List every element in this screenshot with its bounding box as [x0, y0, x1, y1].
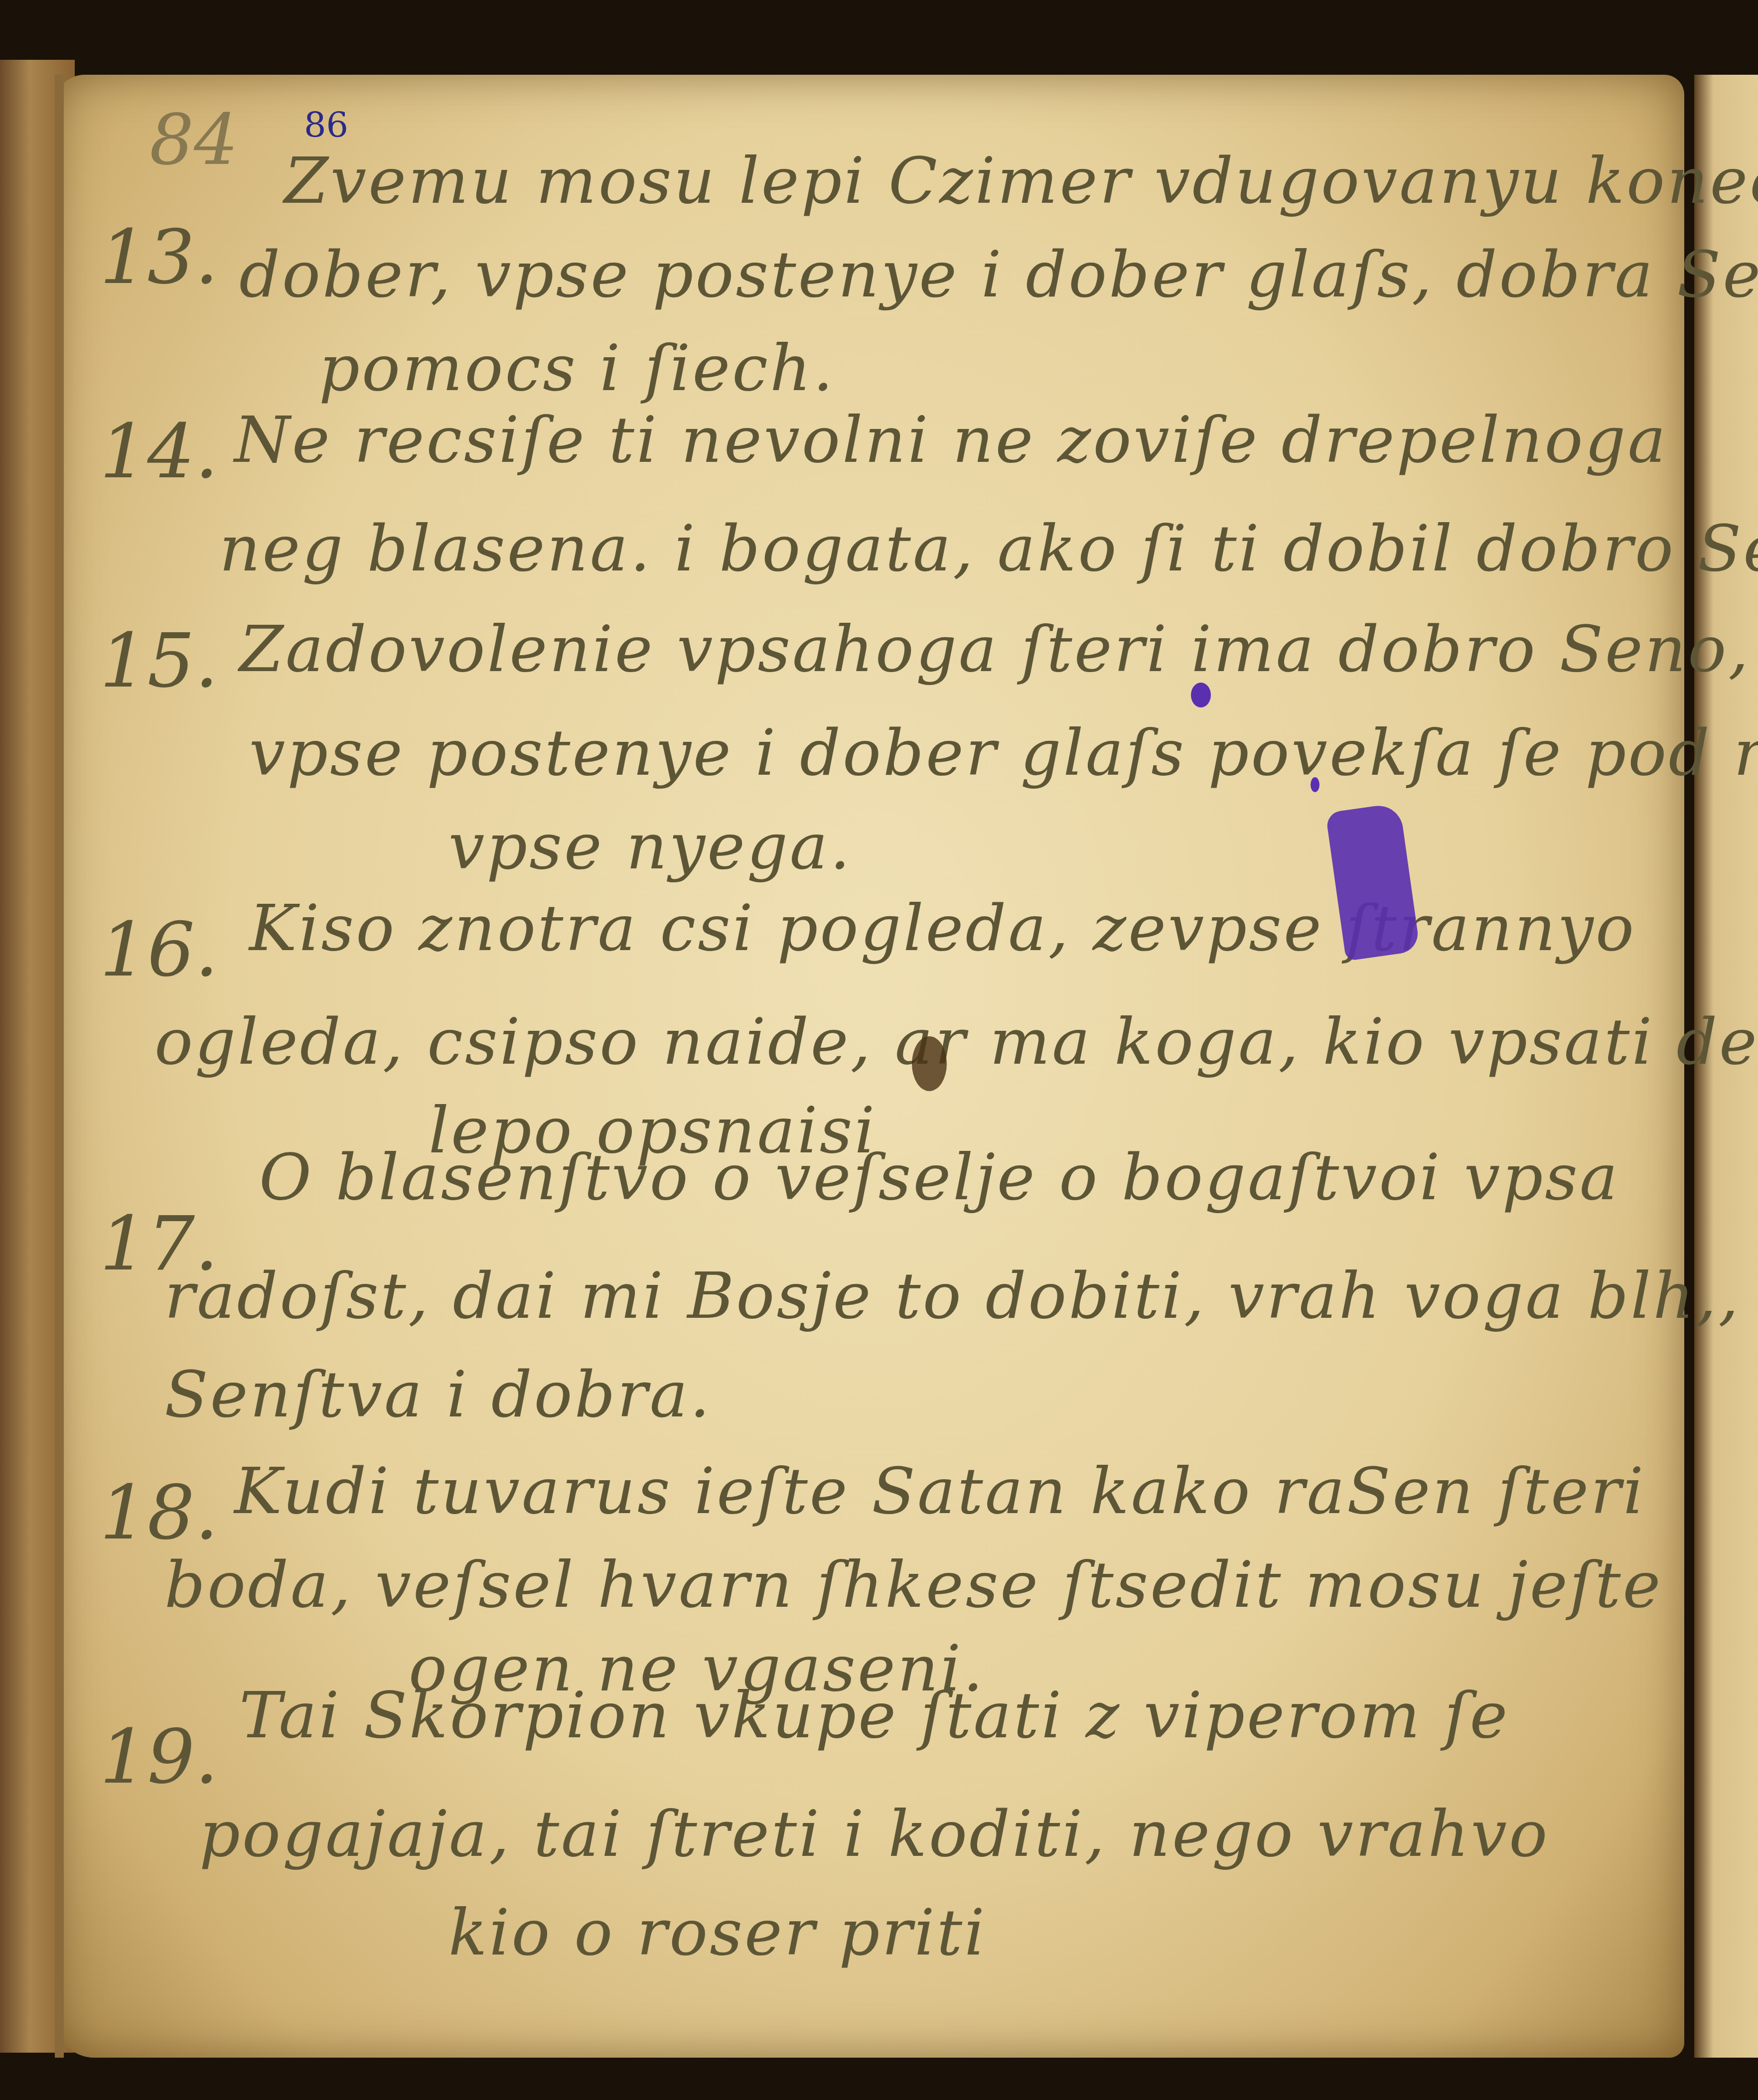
entry-line: Tai Skorpion vkupe ſtati z viperom ſe [110, 1684, 1555, 1748]
page-edge [55, 75, 64, 2058]
entry-line: Zadovolenie vpsahoga ſteri ima dobro Sen… [110, 618, 1555, 682]
entry-line: Senſtva i dobra. [110, 1363, 1555, 1427]
entry-19: 19. Tai Skorpion vkupe ſtati z viperom ſ… [110, 1684, 1555, 1965]
entry-number: 17. [100, 1201, 219, 1287]
entry-number: 13. [100, 214, 219, 301]
entry-line: O blasenſtvo o veſselje o bogaſtvoi vpsa [110, 1146, 1555, 1210]
stamped-folio-number: 86 [304, 105, 348, 145]
entry-number: 15. [100, 618, 219, 704]
entry-number: 19. [100, 1714, 219, 1801]
entry-13: 13. Zvemu mosu lepi Czimer vdugovanyu ko… [110, 149, 1555, 401]
entry-line: radoſst, dai mi Bosje to dobiti, vrah vo… [110, 1264, 1555, 1328]
entry-line: boda, veſsel hvarn ſhkese ſtsedit mosu j… [110, 1553, 1555, 1617]
entry-line: Ne recsiſe ti nevolni ne zoviſe drepelno… [110, 409, 1555, 472]
entry-line: kio o roser priti [110, 1901, 1555, 1965]
entry-14: 14. Ne recsiſe ti nevolni ne zoviſe drep… [110, 409, 1555, 581]
entry-number: 18. [100, 1470, 219, 1556]
entry-17: 17. O blasenſtvo o veſselje o bogaſtvoi … [110, 1146, 1555, 1427]
entry-number: 14. [100, 409, 219, 495]
entry-line: pogajaja, tai ſtreti i koditi, nego vrah… [110, 1803, 1555, 1866]
entry-line: Kudi tuvarus ieſte Satan kako raSen ſter… [110, 1460, 1555, 1524]
entry-line: Zvemu mosu lepi Czimer vdugovanyu konecz [110, 149, 1555, 213]
violet-ink-dot [1311, 777, 1319, 792]
entry-line: neg blasena. i bogata, ako ſi ti dobil d… [110, 517, 1555, 581]
ink-stain [912, 1036, 947, 1091]
entry-18: 18. Kudi tuvarus ieſte Satan kako raSen … [110, 1460, 1555, 1701]
entry-number: 16. [100, 907, 219, 993]
entry-line: vpse postenye i dober glaſs povekſa ſe p… [110, 721, 1555, 785]
violet-ink-dot [1191, 683, 1211, 707]
entry-line: pomocs i ſiech. [110, 337, 1555, 401]
entry-line: Kiso znotra csi pogleda, zevpse ſtrannyo [110, 897, 1555, 961]
entry-line: ogleda, csipso naide, ar ma koga, kio vp… [110, 1010, 1555, 1074]
entry-line: dober, vpse postenye i dober glaſs, dobr… [110, 243, 1555, 307]
entry-16: 16. Kiso znotra csi pogleda, zevpse ſtra… [110, 897, 1555, 1163]
